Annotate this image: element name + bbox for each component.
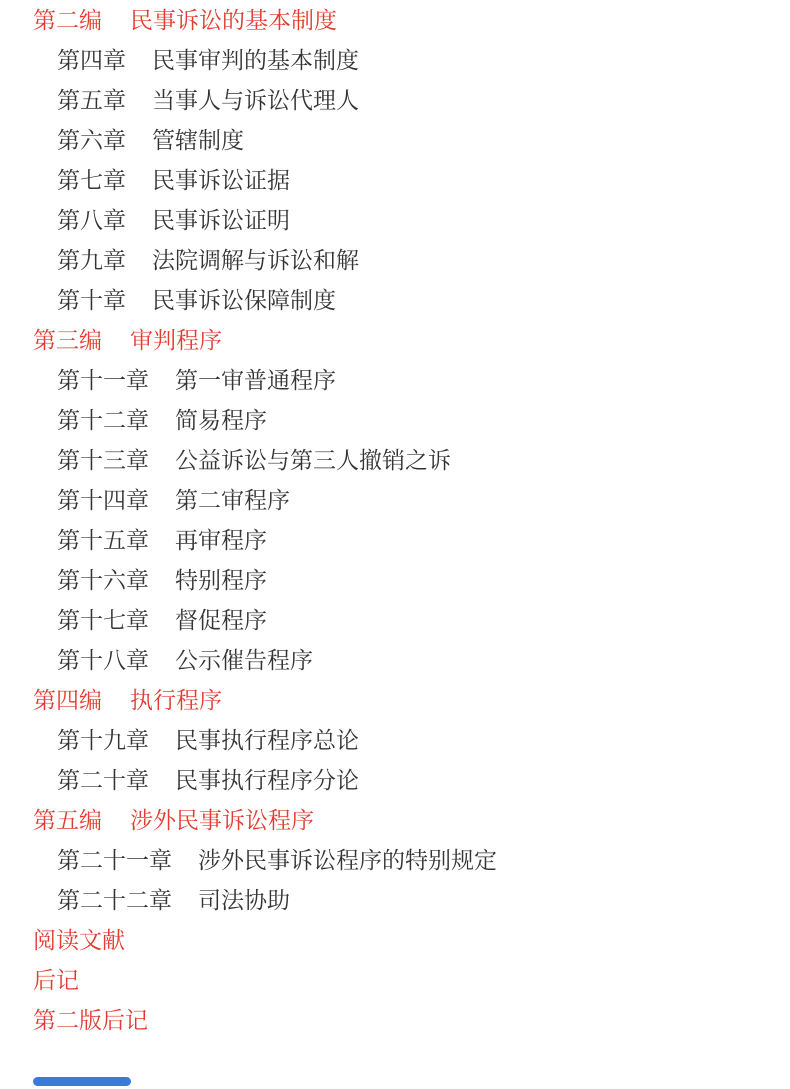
toc-entry-number: 第二十一章	[57, 840, 172, 880]
toc-chapter-row[interactable]: 第七章 民事诉讼证据	[0, 160, 790, 200]
toc-entry-title: 司法协助	[198, 880, 290, 920]
toc-entry-number: 第十四章	[57, 480, 149, 520]
toc-entry-title: 民事诉讼保障制度	[152, 280, 336, 320]
toc-entry-title: 审判程序	[130, 320, 222, 360]
toc-chapter-row[interactable]: 第二十二章 司法协助	[0, 880, 790, 920]
toc-entry-number: 第十八章	[57, 640, 149, 680]
toc-entry-number: 第二十二章	[57, 880, 172, 920]
toc-part-row[interactable]: 第三编 审判程序	[0, 320, 790, 360]
toc-part-row[interactable]: 阅读文献	[0, 920, 790, 960]
toc-part-row[interactable]: 第四编 执行程序	[0, 680, 790, 720]
toc-entry-title: 公益诉讼与第三人撤销之诉	[175, 440, 451, 480]
table-of-contents: 第二编 民事诉讼的基本制度 第四章 民事审判的基本制度 第五章 当事人与诉讼代理…	[0, 0, 790, 1040]
toc-chapter-row[interactable]: 第八章 民事诉讼证明	[0, 200, 790, 240]
toc-entry-number: 第十一章	[57, 360, 149, 400]
toc-entry-number: 第六章	[57, 120, 126, 160]
toc-entry-title: 民事审判的基本制度	[152, 40, 359, 80]
toc-entry-number: 第五编	[33, 800, 102, 840]
toc-entry-title: 涉外民事诉讼程序的特别规定	[198, 840, 497, 880]
toc-part-row[interactable]: 第二编 民事诉讼的基本制度	[0, 0, 790, 40]
toc-entry-number: 第三编	[33, 320, 102, 360]
toc-entry-number: 第十三章	[57, 440, 149, 480]
toc-entry-title: 法院调解与诉讼和解	[152, 240, 359, 280]
toc-entry-number: 第二十章	[57, 760, 149, 800]
toc-entry-number: 第十九章	[57, 720, 149, 760]
toc-entry-title: 民事诉讼证据	[152, 160, 290, 200]
toc-entry-title: 公示催告程序	[175, 640, 313, 680]
toc-entry-title: 管辖制度	[152, 120, 244, 160]
toc-chapter-row[interactable]: 第四章 民事审判的基本制度	[0, 40, 790, 80]
toc-entry-title: 民事执行程序总论	[175, 720, 359, 760]
reading-progress-bar	[33, 1077, 131, 1086]
toc-chapter-row[interactable]: 第十九章 民事执行程序总论	[0, 720, 790, 760]
toc-entry-title: 第一审普通程序	[175, 360, 336, 400]
toc-entry-number: 后记	[33, 960, 79, 1000]
toc-entry-title: 民事诉讼证明	[152, 200, 290, 240]
toc-entry-number: 第二编	[33, 0, 102, 40]
toc-chapter-row[interactable]: 第十六章 特别程序	[0, 560, 790, 600]
toc-chapter-row[interactable]: 第五章 当事人与诉讼代理人	[0, 80, 790, 120]
toc-part-row[interactable]: 第五编 涉外民事诉讼程序	[0, 800, 790, 840]
toc-entry-title: 当事人与诉讼代理人	[152, 80, 359, 120]
toc-entry-number: 第四章	[57, 40, 126, 80]
toc-entry-title: 再审程序	[175, 520, 267, 560]
toc-chapter-row[interactable]: 第十二章 简易程序	[0, 400, 790, 440]
toc-entry-number: 第十七章	[57, 600, 149, 640]
toc-chapter-row[interactable]: 第十五章 再审程序	[0, 520, 790, 560]
toc-chapter-row[interactable]: 第九章 法院调解与诉讼和解	[0, 240, 790, 280]
toc-chapter-row[interactable]: 第十章 民事诉讼保障制度	[0, 280, 790, 320]
toc-entry-number: 第十二章	[57, 400, 149, 440]
toc-entry-number: 第九章	[57, 240, 126, 280]
toc-entry-number: 第八章	[57, 200, 126, 240]
toc-entry-title: 督促程序	[175, 600, 267, 640]
toc-chapter-row[interactable]: 第十一章 第一审普通程序	[0, 360, 790, 400]
toc-entry-title: 第二审程序	[175, 480, 290, 520]
toc-chapter-row[interactable]: 第十八章 公示催告程序	[0, 640, 790, 680]
toc-part-row[interactable]: 第二版后记	[0, 1000, 790, 1040]
toc-entry-number: 第十六章	[57, 560, 149, 600]
toc-entry-title: 民事执行程序分论	[175, 760, 359, 800]
toc-chapter-row[interactable]: 第二十章 民事执行程序分论	[0, 760, 790, 800]
toc-part-row[interactable]: 后记	[0, 960, 790, 1000]
toc-entry-number: 第十章	[57, 280, 126, 320]
toc-chapter-row[interactable]: 第十四章 第二审程序	[0, 480, 790, 520]
toc-chapter-row[interactable]: 第六章 管辖制度	[0, 120, 790, 160]
toc-entry-title: 特别程序	[175, 560, 267, 600]
toc-entry-title: 民事诉讼的基本制度	[130, 0, 337, 40]
toc-entry-number: 阅读文献	[33, 920, 125, 960]
toc-entry-number: 第二版后记	[33, 1000, 148, 1040]
toc-entry-title: 简易程序	[175, 400, 267, 440]
toc-chapter-row[interactable]: 第十七章 督促程序	[0, 600, 790, 640]
toc-entry-number: 第十五章	[57, 520, 149, 560]
toc-entry-number: 第五章	[57, 80, 126, 120]
toc-entry-title: 涉外民事诉讼程序	[130, 800, 314, 840]
toc-entry-title: 执行程序	[130, 680, 222, 720]
toc-chapter-row[interactable]: 第二十一章 涉外民事诉讼程序的特别规定	[0, 840, 790, 880]
toc-chapter-row[interactable]: 第十三章 公益诉讼与第三人撤销之诉	[0, 440, 790, 480]
toc-entry-number: 第七章	[57, 160, 126, 200]
toc-entry-number: 第四编	[33, 680, 102, 720]
